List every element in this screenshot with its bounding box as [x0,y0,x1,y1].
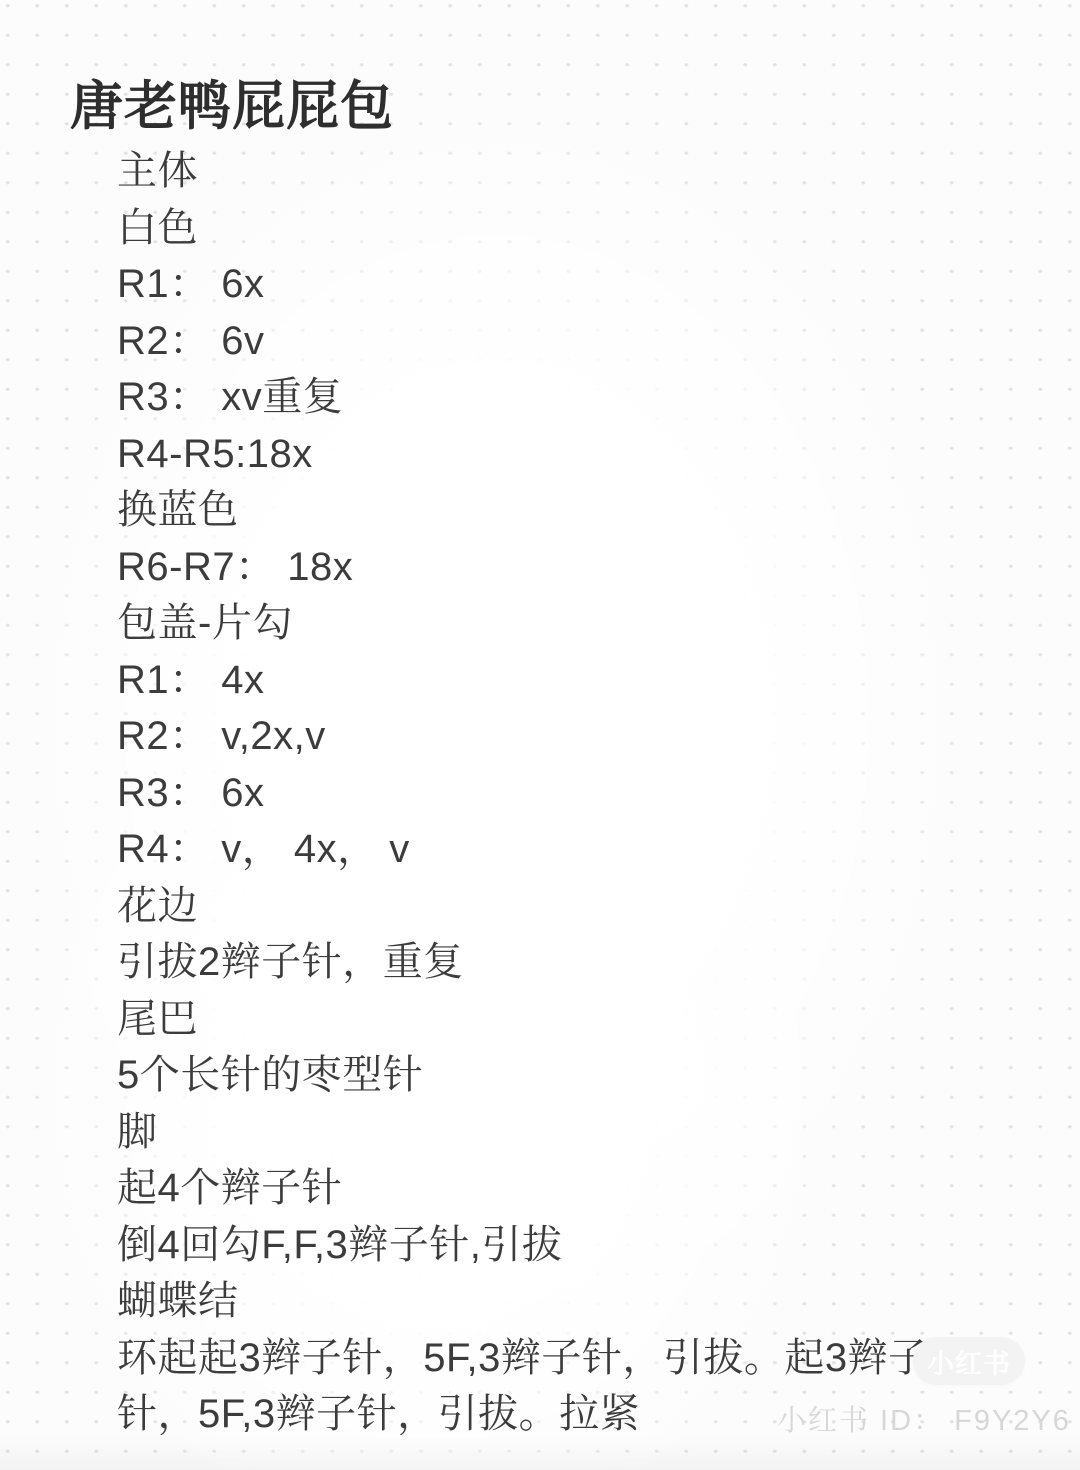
pattern-line: R6-R7： 18x [117,539,929,596]
pattern-line: 蝴蝶结 [117,1273,929,1330]
pattern-line: R1： 6x [117,256,929,313]
pattern-line: 包盖-片勾 [117,595,929,652]
pattern-line: R2： 6v [117,313,929,370]
pattern-line: 花边 [117,878,929,935]
pattern-line: 换蓝色 [117,482,929,539]
xiaohongshu-watermark-badge: 小红书 [913,1337,1025,1385]
pattern-line: R1： 4x [117,652,929,709]
pattern-line: 5个长针的枣型针 [117,1047,929,1104]
pattern-line: R4-R5:18x [117,426,929,483]
pattern-line: R4： v， 4x， v [117,821,929,878]
pattern-line: R2： v,2x,v [117,708,929,765]
pattern-line: 白色 [117,200,929,257]
pattern-text: 主体白色R1： 6xR2： 6vR3： xv重复R4-R5:18x换蓝色R6-R… [117,143,929,1443]
pattern-line: 环起起3辫子针，5F,3辫子针，引拔。起3辫子 [117,1330,929,1387]
pattern-line: 引拔2辫子针，重复 [117,934,929,991]
note-page: 唐老鸭屁屁包 主体白色R1： 6xR2： 6vR3： xv重复R4-R5:18x… [0,0,1080,1470]
xiaohongshu-badge-label: 小红书 [927,1342,1011,1381]
pattern-line: 脚 [117,1104,929,1161]
pattern-line: R3： 6x [117,765,929,822]
pattern-line: 倒4回勾F,F,3辫子针,引拔 [117,1217,929,1274]
pattern-line: 尾巴 [117,991,929,1048]
pattern-line: R3： xv重复 [117,369,929,426]
pattern-line: 起4个辫子针 [117,1160,929,1217]
xiaohongshu-id-watermark: 小红书 ID： F9Y2Y6 [777,1398,1071,1439]
pattern-line: 主体 [117,143,929,200]
page-title: 唐老鸭屁屁包 [70,64,394,140]
